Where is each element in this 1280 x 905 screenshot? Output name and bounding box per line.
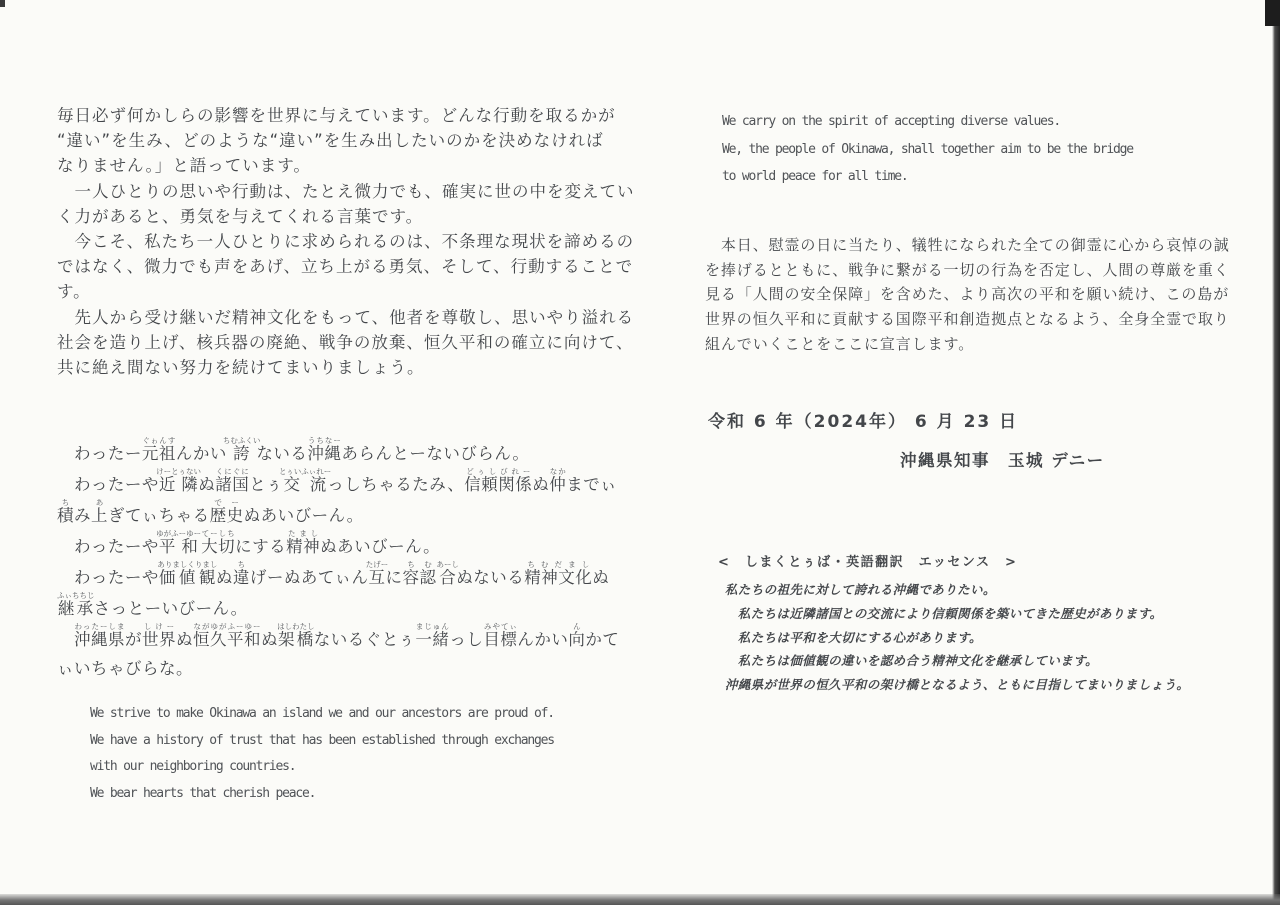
ruby-word: 世界しけー — [142, 630, 176, 649]
text-line: We, the people of Okinawa, shall togethe… — [722, 136, 1262, 164]
ruby-word: 上あ — [91, 506, 108, 525]
ruby-word: 互たげー — [369, 568, 386, 587]
okinawan-dialect-block: わったー元祖ぐゎんすんかい誇ちむふくいないる沖縄うちなーあらんとーないびらん。 … — [57, 436, 657, 684]
text-line: ではなく、微力でも声をあげ、立ち上がる勇気、そして、行動することで — [57, 254, 657, 279]
ruby-word: 諸国くにぐに — [215, 475, 249, 494]
ruby-text-line: 沖縄県わったーしまが世界しけーぬ恒久平和ながゆがふーゆーぬ架橋はしわたしないるぐ… — [57, 622, 657, 653]
ruby-word: 大切てーしち — [201, 537, 235, 556]
ruby-word: 平和ゆがふーゆー — [159, 537, 201, 556]
text-line: We bear hearts that cherish peace. — [90, 781, 630, 808]
ruby-text-line: わったー元祖ぐゎんすんかい誇ちむふくいないる沖縄うちなーあらんとーないびらん。 — [57, 436, 657, 467]
text-line: 沖縄県が世界の恒久平和の架け橋となるよう、ともに目指してまいりましょう。 — [712, 673, 1272, 697]
page-right: We carry on the spirit of accepting dive… — [648, 0, 1280, 905]
ruby-word: 仲なか — [549, 475, 566, 494]
ruby-text-line: わったーや価値観ありましくりましぬ違ちげーぬあてぃん互たげーに容認ちむ合あーしぬ… — [57, 560, 657, 591]
right-english-translation: We carry on the spirit of accepting dive… — [722, 108, 1262, 191]
scan-edge-right — [1272, 0, 1280, 905]
text-line: す。 — [57, 279, 657, 304]
ruby-word: 恒久平和ながゆがふーゆー — [193, 630, 261, 649]
text-line: with our neighboring countries. — [90, 754, 630, 781]
text-line: 毎日必ず何かしらの影響を世界に与えています。どんな行動を取るかが — [57, 103, 657, 128]
text-line: 見る「人間の安全保障」を含めた、より高次の平和を願い続け、この島が — [705, 282, 1245, 307]
page-left: 毎日必ず何かしらの影響を世界に与えています。どんな行動を取るかが“違い”を生み、… — [0, 0, 648, 905]
text-line: 組んでいくことをここに宣言します。 — [705, 332, 1245, 357]
ruby-word: 沖縄県わったーしま — [74, 630, 125, 649]
scan-edge-bottom — [0, 894, 1280, 905]
text-line: 共に絶え間ない努力を続けてまいりましょう。 — [57, 355, 657, 380]
essence-section-heading: < しまくとぅば・英語翻訳 エッセンス > — [718, 551, 1017, 570]
ruby-text-line: 継承ふぃちちじさっとーいびーん。 — [57, 591, 657, 622]
text-line: く力があると、勇気を与えてくれる言葉です。 — [57, 204, 657, 229]
text-line: を捧げるとともに、戦争に繋がる一切の行為を否定し、人間の尊厳を重く — [705, 258, 1245, 283]
ruby-word: 向ん — [568, 630, 585, 649]
ruby-word: 違ち — [233, 568, 250, 587]
text-line: 先人から受け継いだ精神文化をもって、他者を尊敬し、思いやり溢れる — [57, 305, 657, 330]
ruby-word: 合あーし — [437, 568, 457, 587]
scanned-document: 毎日必ず何かしらの影響を世界に与えています。どんな行動を取るかが“違い”を生み、… — [0, 0, 1280, 905]
declaration-paragraph: 本日、慰霊の日に当たり、犠牲になられた全ての御霊に心から哀悼の誠を捧げるとともに… — [705, 233, 1245, 357]
ruby-text-line: わったーや平和ゆがふーゆー大切てーしちにする精神たましぬあいびーん。 — [57, 529, 657, 560]
text-line: 本日、慰霊の日に当たり、犠牲になられた全ての御霊に心から哀悼の誠 — [705, 233, 1245, 258]
ruby-word: 精神文化ちむだまし — [524, 568, 592, 587]
governor-signature: 沖縄県知事 玉城 デニー — [900, 447, 1105, 471]
text-line: 世界の恒久平和に貢献する国際平和創造拠点となるよう、全身全霊で取り — [705, 307, 1245, 332]
ruby-word: 目標みやてぃ — [483, 630, 517, 649]
text-line: 私たちの祖先に対して誇れる沖縄でありたい。 — [712, 578, 1272, 602]
ruby-word: 近隣けーとぅない — [159, 475, 198, 494]
ruby-text-line: わったーや近隣けーとぅないぬ諸国くにぐにとぅ交流とぅいふぃれーっしちゃるたみ、信… — [57, 467, 657, 498]
text-line: 私たちは近隣諸国との交流により信頼関係を築いてきた歴史があります。 — [712, 602, 1272, 626]
ruby-word: 元祖ぐゎんす — [142, 444, 176, 463]
scan-corner-mark — [1265, 0, 1280, 26]
essence-translation-lines: 私たちの祖先に対して誇れる沖縄でありたい。 私たちは近隣諸国との交流により信頼関… — [712, 578, 1272, 697]
ruby-word: 沖縄うちなー — [307, 444, 341, 463]
left-main-paragraphs: 毎日必ず何かしらの影響を世界に与えています。どんな行動を取るかが“違い”を生み、… — [57, 103, 657, 380]
ruby-word: 価値観ありましくりまし — [159, 568, 216, 587]
ruby-word: 架橋はしわたし — [278, 630, 314, 649]
ruby-text-line: ぃいちゃびらな。 — [57, 653, 657, 684]
ruby-word: 歴史でー — [210, 506, 244, 525]
ruby-word: 交流とぅいふぃれー — [283, 475, 327, 494]
text-line: to world peace for all time. — [722, 163, 1262, 191]
date-line: 令和 6 年（2024年） 6 月 23 日 — [708, 407, 1018, 432]
ruby-word: 誇ちむふくい — [227, 444, 257, 463]
text-line: 私たちは平和を大切にする心があります。 — [712, 626, 1272, 650]
ruby-word: 精神たまし — [286, 537, 320, 556]
text-line: “違い”を生み、どのような“違い”を生み出したいのかを決めなければ — [57, 128, 657, 153]
text-line: We have a history of trust that has been… — [90, 728, 630, 755]
ruby-word: 容認ちむ — [403, 568, 437, 587]
ruby-word: 積ち — [57, 506, 74, 525]
text-line: 社会を造り上げ、核兵器の廃絶、戦争の放棄、恒久平和の確立に向けて、 — [57, 330, 657, 355]
text-line: 今こそ、私たち一人ひとりに求められるのは、不条理な現状を諦めるの — [57, 229, 657, 254]
text-line: 一人ひとりの思いや行動は、たとえ微力でも、確実に世の中を変えてい — [57, 179, 657, 204]
scan-speck — [0, 0, 5, 7]
text-line: 私たちは価値観の違いを認め合う精神文化を継承しています。 — [712, 649, 1272, 673]
text-line: なりません。」と語っています。 — [57, 153, 657, 178]
text-line: We carry on the spirit of accepting dive… — [722, 108, 1262, 136]
ruby-word: 一緒まじゅん — [415, 630, 449, 649]
ruby-word: 信頼関係どぅしびれー — [464, 475, 532, 494]
ruby-word: 継承ふぃちちじ — [57, 599, 94, 618]
ruby-text-line: 積ちみ上あぎてぃちゃる歴史でーぬあいびーん。 — [57, 498, 657, 529]
text-line: We strive to make Okinawa an island we a… — [90, 701, 630, 728]
left-english-translation: We strive to make Okinawa an island we a… — [90, 701, 630, 807]
